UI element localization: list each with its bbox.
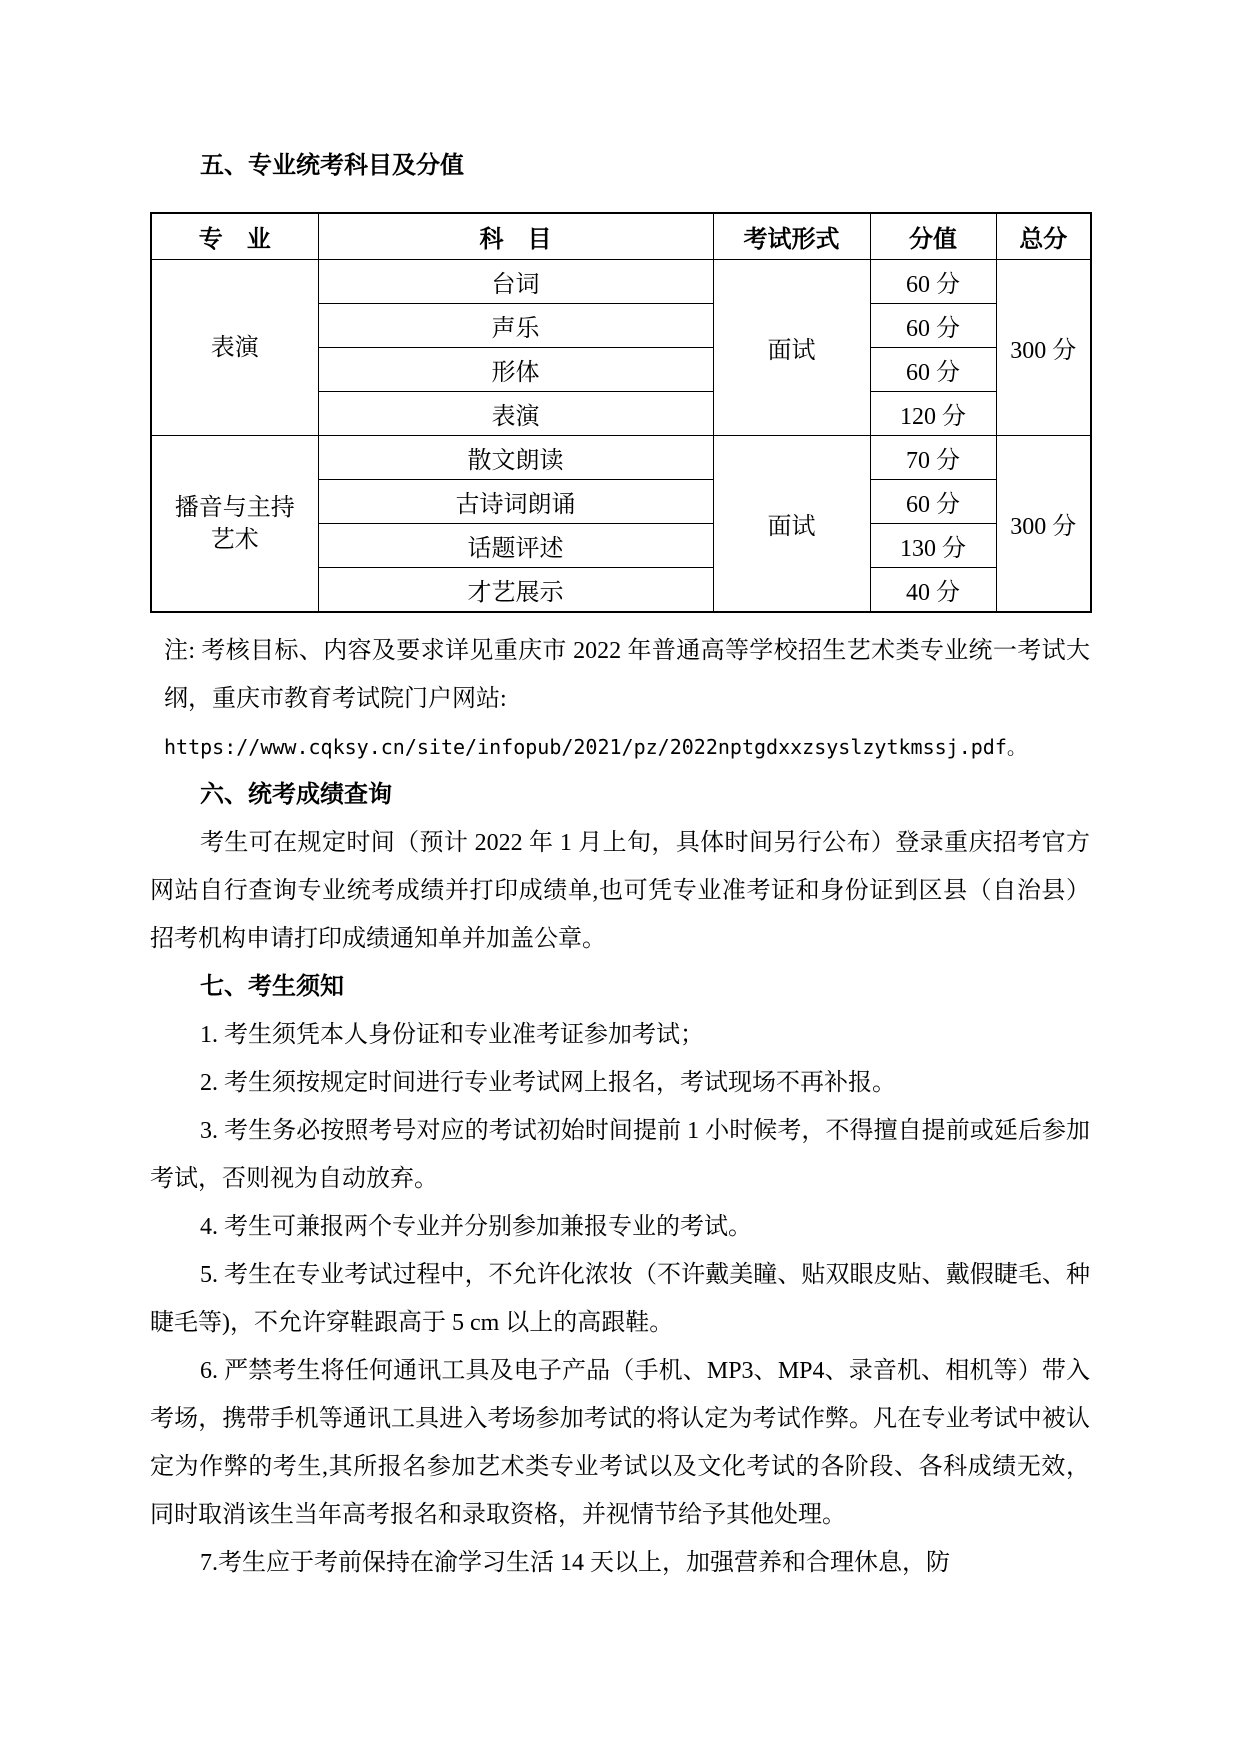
score-cell: 60 分 xyxy=(870,348,996,392)
header-major: 专 业 xyxy=(151,213,318,260)
score-cell: 40 分 xyxy=(870,568,996,613)
page-content: 五、专业统考科目及分值 专 业 科 目 考试形式 分值 总分 xyxy=(150,140,1090,1587)
subject-cell: 形体 xyxy=(318,348,713,392)
section-5-heading: 五、专业统考科目及分值 xyxy=(150,140,1090,192)
notice-item-6: 6. 严禁考生将任何通讯工具及电子产品（手机、MP3、MP4、录音机、相机等）带… xyxy=(150,1347,1090,1539)
section-6-paragraph: 考生可在规定时间（预计 2022 年 1 月上旬，具体时间另行公布）登录重庆招考… xyxy=(150,819,1090,963)
header-subject: 科 目 xyxy=(318,213,713,260)
subject-cell: 台词 xyxy=(318,260,713,304)
total-cell: 300 分 xyxy=(996,436,1091,613)
score-cell: 70 分 xyxy=(870,436,996,480)
subject-cell: 古诗词朗诵 xyxy=(318,480,713,524)
notice-item-4: 4. 考生可兼报两个专业并分别参加兼报专业的考试。 xyxy=(150,1203,1090,1251)
score-cell: 60 分 xyxy=(870,260,996,304)
exam-outline-url-link[interactable]: https://www.cqksy.cn/site/infopub/2021/p… xyxy=(164,723,1090,771)
subject-cell: 表演 xyxy=(318,392,713,436)
total-cell: 300 分 xyxy=(996,260,1091,436)
major-label: 播音与主持艺术 xyxy=(170,492,300,556)
exam-form-cell: 面试 xyxy=(713,260,870,436)
major-label: 表演 xyxy=(211,332,259,364)
notice-item-3: 3. 考生务必按照考号对应的考试初始时间提前 1 小时候考，不得擅自提前或延后参… xyxy=(150,1107,1090,1203)
section-6-heading: 六、统考成绩查询 xyxy=(150,771,1090,819)
subject-cell: 散文朗读 xyxy=(318,436,713,480)
score-cell: 130 分 xyxy=(870,524,996,568)
table-row: 播音与主持艺术 散文朗读 面试 70 分 300 分 xyxy=(151,436,1091,480)
notice-item-1: 1. 考生须凭本人身份证和专业准考证参加考试； xyxy=(150,1011,1090,1059)
major-cell: 表演 xyxy=(151,260,318,436)
table-note: 注: 考核目标、内容及要求详见重庆市 2022 年普通高等学校招生艺术类专业统一… xyxy=(164,627,1090,771)
score-cell: 60 分 xyxy=(870,480,996,524)
header-exam-form: 考试形式 xyxy=(713,213,870,260)
header-total: 总分 xyxy=(996,213,1091,260)
score-cell: 120 分 xyxy=(870,392,996,436)
note-text: 注: 考核目标、内容及要求详见重庆市 2022 年普通高等学校招生艺术类专业统一… xyxy=(164,627,1090,723)
notice-item-2: 2. 考生须按规定时间进行专业考试网上报名，考试现场不再补报。 xyxy=(150,1059,1090,1107)
section-7-heading: 七、考生须知 xyxy=(150,963,1090,1011)
notice-item-7: 7.考生应于考前保持在渝学习生活 14 天以上，加强营养和合理休息，防 xyxy=(150,1539,1090,1587)
table-row: 表演 台词 面试 60 分 300 分 xyxy=(151,260,1091,304)
document-page: 五、专业统考科目及分值 专 业 科 目 考试形式 分值 总分 xyxy=(0,0,1241,1754)
header-score: 分值 xyxy=(870,213,996,260)
subject-cell: 话题评述 xyxy=(318,524,713,568)
exam-form-cell: 面试 xyxy=(713,436,870,613)
table-header-row: 专 业 科 目 考试形式 分值 总分 xyxy=(151,213,1091,260)
score-cell: 60 分 xyxy=(870,304,996,348)
notice-item-5: 5. 考生在专业考试过程中，不允许化浓妆（不许戴美瞳、贴双眼皮贴、戴假睫毛、种睫… xyxy=(150,1251,1090,1347)
score-table: 专 业 科 目 考试形式 分值 总分 表演 台词 面试 60 分 300 分 xyxy=(150,212,1092,613)
major-cell: 播音与主持艺术 xyxy=(151,436,318,613)
subject-cell: 声乐 xyxy=(318,304,713,348)
subject-cell: 才艺展示 xyxy=(318,568,713,613)
